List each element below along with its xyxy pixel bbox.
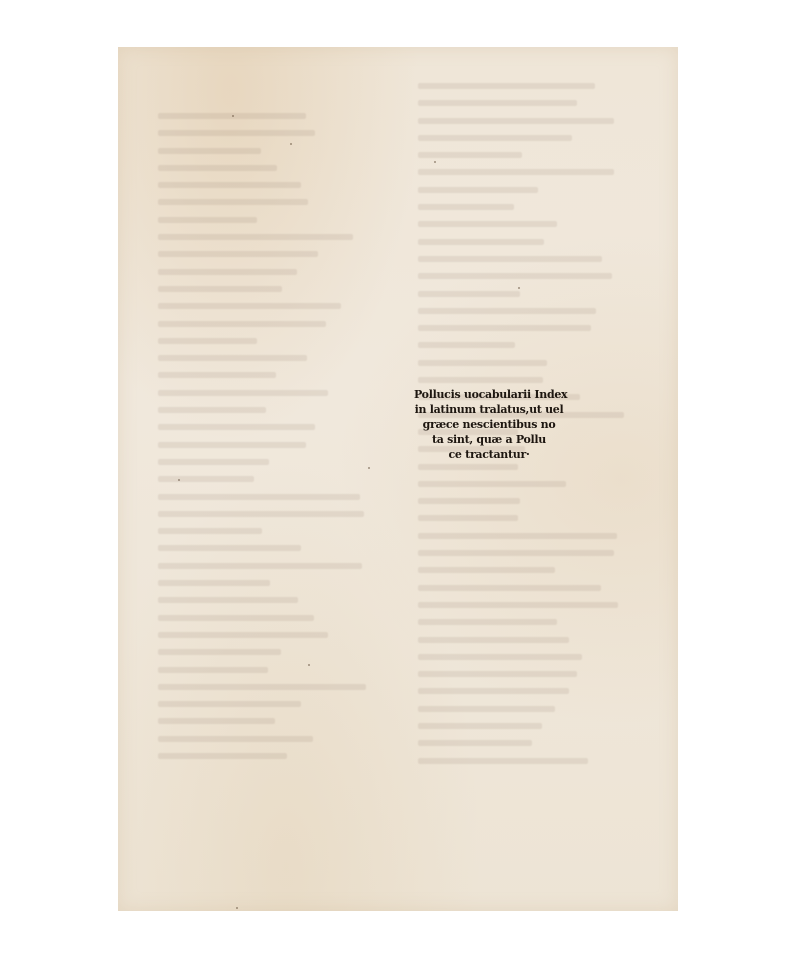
- showthrough-bar: [158, 684, 366, 690]
- showthrough-bar: [418, 567, 555, 573]
- showthrough-line: [158, 384, 378, 401]
- showthrough-bar: [418, 239, 544, 245]
- showthrough-line: [418, 509, 638, 526]
- paper-speck: [308, 664, 310, 666]
- showthrough-bar: [418, 533, 617, 539]
- showthrough-line: [418, 77, 638, 94]
- showthrough-line: [158, 505, 378, 522]
- paper-speck: [290, 143, 292, 145]
- showthrough-line: [158, 488, 378, 505]
- paper-speck: [434, 161, 436, 163]
- showthrough-line: [158, 539, 378, 556]
- showthrough-bar: [158, 286, 282, 292]
- showthrough-bar: [418, 325, 591, 331]
- showthrough-line: [158, 332, 378, 349]
- paper-speck: [518, 287, 520, 289]
- showthrough-bar: [418, 360, 547, 366]
- incipit-line-5: ce tractantur·: [414, 447, 564, 462]
- showthrough-line: [158, 712, 378, 729]
- showthrough-line: [418, 752, 638, 769]
- showthrough-bar: [158, 251, 318, 257]
- showthrough-bar: [158, 632, 328, 638]
- showthrough-bar: [418, 585, 601, 591]
- showthrough-bar: [418, 515, 518, 521]
- showthrough-line: [418, 112, 638, 129]
- showthrough-bar: [158, 165, 277, 171]
- showthrough-line: [158, 107, 378, 124]
- showthrough-bar: [158, 476, 254, 482]
- showthrough-line: [158, 678, 378, 695]
- showthrough-bar: [158, 321, 326, 327]
- showthrough-line: [158, 591, 378, 608]
- showthrough-line: [418, 665, 638, 682]
- showthrough-bar: [418, 83, 595, 89]
- showthrough-line: [418, 302, 638, 319]
- showthrough-line: [158, 643, 378, 660]
- showthrough-bar: [158, 355, 307, 361]
- showthrough-bar: [158, 597, 298, 603]
- showthrough-bar: [418, 152, 522, 158]
- showthrough-line: [418, 700, 638, 717]
- incipit-line-4: ta sint, quæ a Pollu: [414, 432, 564, 447]
- showthrough-bar: [158, 338, 257, 344]
- showthrough-bar: [418, 637, 569, 643]
- incipit-line-3: græce nescientibus no: [414, 417, 564, 432]
- showthrough-bar: [158, 511, 364, 517]
- showthrough-line: [418, 233, 638, 250]
- showthrough-line: [418, 163, 638, 180]
- showthrough-bar: [158, 615, 314, 621]
- showthrough-line: [158, 228, 378, 245]
- showthrough-bar: [158, 459, 269, 465]
- showthrough-line: [418, 354, 638, 371]
- showthrough-line: [418, 319, 638, 336]
- showthrough-bar: [158, 199, 308, 205]
- showthrough-line: [158, 366, 378, 383]
- showthrough-line: [158, 193, 378, 210]
- showthrough-bar: [418, 377, 543, 383]
- showthrough-line: [158, 401, 378, 418]
- showthrough-line: [418, 198, 638, 215]
- showthrough-bar: [158, 217, 257, 223]
- showthrough-line: [158, 263, 378, 280]
- showthrough-bar: [158, 580, 270, 586]
- showthrough-line: [418, 250, 638, 267]
- showthrough-line: [418, 717, 638, 734]
- showthrough-bar: [418, 342, 515, 348]
- showthrough-bar: [418, 291, 520, 297]
- showthrough-bar: [418, 758, 588, 764]
- showthrough-bar: [418, 187, 538, 193]
- showthrough-bar: [158, 753, 287, 759]
- showthrough-text-left: [158, 107, 378, 764]
- showthrough-line: [418, 129, 638, 146]
- showthrough-line: [158, 661, 378, 678]
- showthrough-bar: [418, 740, 532, 746]
- incipit-text-block: Pollucis uocabularii Index in latinum tr…: [414, 387, 564, 462]
- showthrough-bar: [158, 303, 341, 309]
- showthrough-bar: [158, 148, 261, 154]
- showthrough-line: [418, 561, 638, 578]
- showthrough-bar: [158, 372, 276, 378]
- showthrough-bar: [418, 169, 614, 175]
- showthrough-bar: [418, 135, 572, 141]
- showthrough-line: [158, 418, 378, 435]
- showthrough-line: [158, 522, 378, 539]
- showthrough-line: [158, 695, 378, 712]
- showthrough-line: [158, 574, 378, 591]
- showthrough-bar: [418, 481, 566, 487]
- showthrough-bar: [158, 563, 362, 569]
- showthrough-bar: [418, 204, 514, 210]
- showthrough-line: [418, 613, 638, 630]
- showthrough-bar: [158, 390, 328, 396]
- showthrough-line: [158, 315, 378, 332]
- showthrough-bar: [158, 407, 266, 413]
- showthrough-line: [158, 470, 378, 487]
- showthrough-bar: [158, 130, 315, 136]
- showthrough-line: [158, 453, 378, 470]
- paper-speck: [232, 115, 234, 117]
- showthrough-bar: [418, 688, 569, 694]
- showthrough-line: [418, 475, 638, 492]
- showthrough-line: [418, 181, 638, 198]
- showthrough-bar: [418, 723, 542, 729]
- showthrough-bar: [418, 498, 520, 504]
- incipit-line-1: Pollucis uocabularii Index: [414, 387, 564, 402]
- paper-speck: [236, 907, 238, 909]
- showthrough-line: [418, 492, 638, 509]
- showthrough-bar: [418, 100, 577, 106]
- showthrough-line: [418, 285, 638, 302]
- showthrough-bar: [158, 649, 281, 655]
- showthrough-line: [158, 142, 378, 159]
- showthrough-line: [158, 436, 378, 453]
- showthrough-line: [418, 579, 638, 596]
- showthrough-bar: [418, 706, 555, 712]
- showthrough-bar: [158, 234, 353, 240]
- showthrough-line: [158, 297, 378, 314]
- showthrough-bar: [418, 550, 614, 556]
- showthrough-bar: [418, 273, 612, 279]
- showthrough-line: [158, 280, 378, 297]
- showthrough-line: [158, 159, 378, 176]
- showthrough-bar: [158, 736, 313, 742]
- showthrough-line: [158, 747, 378, 764]
- showthrough-bar: [418, 602, 618, 608]
- showthrough-line: [158, 211, 378, 228]
- showthrough-line: [158, 349, 378, 366]
- showthrough-bar: [158, 182, 301, 188]
- showthrough-bar: [158, 494, 360, 500]
- showthrough-line: [158, 124, 378, 141]
- showthrough-bar: [158, 528, 262, 534]
- showthrough-bar: [158, 442, 306, 448]
- showthrough-line: [158, 609, 378, 626]
- showthrough-bar: [158, 718, 275, 724]
- showthrough-bar: [418, 308, 596, 314]
- showthrough-line: [418, 734, 638, 751]
- showthrough-line: [158, 626, 378, 643]
- showthrough-line: [418, 146, 638, 163]
- showthrough-bar: [418, 671, 577, 677]
- showthrough-bar: [418, 654, 582, 660]
- book-page: Pollucis uocabularii Index in latinum tr…: [118, 47, 678, 911]
- showthrough-line: [418, 215, 638, 232]
- paper-speck: [178, 479, 180, 481]
- showthrough-line: [158, 176, 378, 193]
- incipit-line-2: in latinum tralatus,ut uel: [414, 402, 564, 417]
- showthrough-bar: [418, 118, 614, 124]
- showthrough-bar: [158, 269, 297, 275]
- showthrough-bar: [418, 256, 602, 262]
- showthrough-bar: [158, 701, 301, 707]
- showthrough-bar: [158, 667, 268, 673]
- showthrough-bar: [418, 464, 518, 470]
- showthrough-bar: [418, 619, 557, 625]
- paper-speck: [368, 467, 370, 469]
- showthrough-line: [158, 245, 378, 262]
- showthrough-line: [418, 94, 638, 111]
- showthrough-line: [418, 336, 638, 353]
- showthrough-bar: [418, 221, 557, 227]
- showthrough-bar: [158, 545, 301, 551]
- showthrough-line: [158, 557, 378, 574]
- showthrough-line: [418, 648, 638, 665]
- showthrough-line: [418, 267, 638, 284]
- showthrough-bar: [158, 424, 315, 430]
- showthrough-line: [418, 544, 638, 561]
- showthrough-line: [418, 596, 638, 613]
- showthrough-line: [418, 371, 638, 388]
- showthrough-line: [418, 682, 638, 699]
- showthrough-line: [418, 527, 638, 544]
- showthrough-line: [158, 730, 378, 747]
- showthrough-line: [418, 631, 638, 648]
